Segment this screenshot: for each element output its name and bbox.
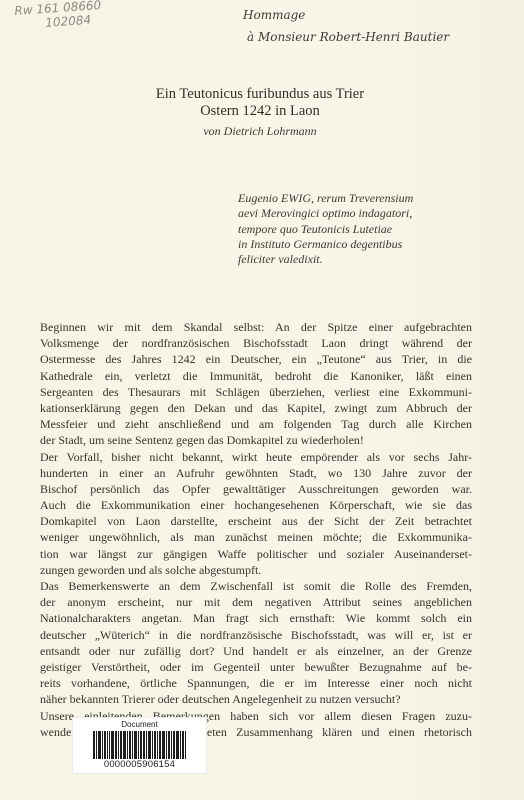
pencil-catalog-note: Rw 161 08660 102084 [14,0,103,32]
body-line: Auch die Exkommunikation einer hochanges… [40,497,472,513]
body-line: deutscher „Wüterich“ in die nordfranzösi… [40,627,472,643]
article-title-line-2: Ostern 1242 in Laon [100,103,420,120]
body-line: Bischof persönlich das Opfer gewalttätig… [40,481,472,497]
body-line: Domkapitel von Laon darstellte, erschein… [40,513,472,529]
article-body: Beginnen wir mit dem Skandal selbst: An … [40,319,472,740]
body-line: entsandt oder nur zufällig dort? Und han… [40,643,472,659]
body-line: Messfeier und zieht anschließend und am … [40,416,472,432]
body-line: Kathedrale ein, verletzt die Immunität, … [40,368,472,384]
barcode-icon [85,731,195,759]
body-line: Volksmenge der nordfranzösischen Bischof… [40,335,472,351]
ink-note-line-1: Hommage [243,4,449,26]
barcode-title: Document [73,720,206,730]
dedication-line: feliciter valedixit. [238,252,518,267]
dedication-line: tempore quo Teutonicis Lutetiae [238,222,518,237]
scanned-page: Rw 161 08660 102084 Hommage à Monsieur R… [0,0,524,800]
barcode-number: 0000005906154 [73,759,206,771]
body-line: weniger ungewöhnlich, als man zunächst m… [40,529,472,545]
body-line: geistiger Verstörtheit, oder im Gegentei… [40,659,472,675]
body-line: Der Vorfall, bisher nicht bekannt, wirkt… [40,449,472,465]
printed-dedication: Eugenio EWIG, rerum Treverensium aevi Me… [238,191,518,267]
body-line: hunderten in einer an Aufruhr gewöhnten … [40,465,472,481]
body-line: reits vorhandene, örtliche Spannungen, d… [40,675,472,691]
body-line-paragraph-end: näher bekannten Trierer oder deutschen A… [40,691,472,707]
article-author: von Dietrich Lohrmann [100,124,420,139]
body-line: Beginnen wir mit dem Skandal selbst: An … [40,319,472,335]
barcode-sticker: Document 0000005906154 [72,717,207,774]
article-title-line-1: Ein Teutonicus furibundus aus Trier [100,86,420,103]
handwritten-dedication: Hommage à Monsieur Robert-Henri Bautier [243,4,449,48]
dedication-line: aevi Merovingici optimo indagatori, [238,206,518,221]
dedication-line: in Instituto Germanico degentibus [238,237,518,252]
body-line: Das Bemerkenswerte an dem Zwischenfall i… [40,578,472,594]
dedication-line: Eugenio EWIG, rerum Treverensium [238,191,518,206]
body-line: Sergeanten des Thesaurars mit Schlägen ü… [40,384,472,400]
body-line: tion war längst zur gängigen Waffe polit… [40,546,472,562]
article-header: Ein Teutonicus furibundus aus Trier Oste… [100,86,420,139]
body-line: kationserklärung gegen den Dekan und das… [40,400,472,416]
body-line-paragraph-end: zungen geworden und als solche abgestump… [40,562,472,578]
body-line: Ostermesse des Jahres 1242 ein Deutscher… [40,351,472,367]
body-line-paragraph-end: der Stadt, um seine Sentenz gegen das Do… [40,432,472,448]
body-line: Nationalcharakters angetan. Man fragt si… [40,610,472,626]
body-line: der anonym erscheint, nur mit dem negati… [40,594,472,610]
ink-note-line-2: à Monsieur Robert-Henri Bautier [243,26,449,48]
